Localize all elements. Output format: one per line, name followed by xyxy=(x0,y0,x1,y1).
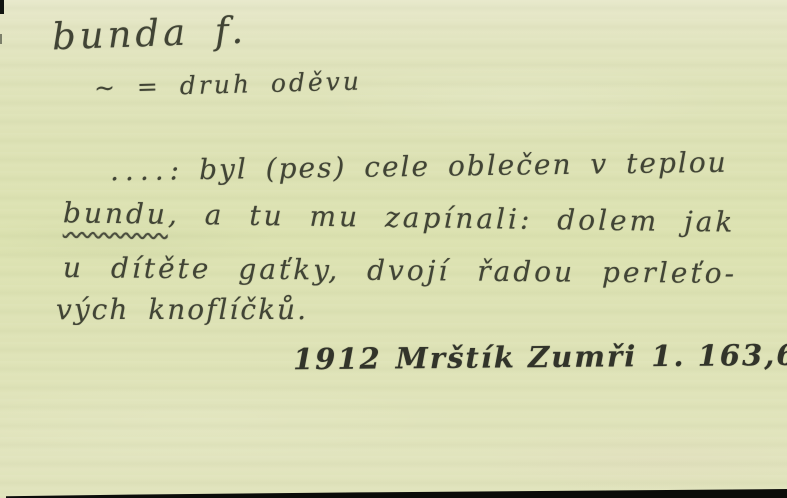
excerpt-line-3: u dítěte gaťky, dvojí řadou perleťo- xyxy=(63,251,737,290)
excerpt-line-4-text: vých knoflíčků. xyxy=(56,293,308,326)
excerpt-line-2: bundu, a tu mu zapínali: dolem jak xyxy=(63,196,736,238)
citation-line: 1912Mrštík Zumři1. 163,6. xyxy=(293,338,787,377)
excerpt-ellipsis-prefix: ....: xyxy=(110,153,186,187)
excerpt-line-3-text: u dítěte gaťky, dvojí řadou perleťo- xyxy=(63,251,737,290)
scan-artifact-top-left-corner xyxy=(0,0,4,14)
headword-text: bunda f. xyxy=(51,9,247,59)
citation-reference: 1. 163,6. xyxy=(651,338,787,373)
headword-line: bunda f. xyxy=(51,9,247,59)
scan-artifact-left-edge xyxy=(0,34,2,44)
underlined-headword: bundu xyxy=(63,196,168,230)
excerpt-line-1: ....:byl (pes) cele oblečen v teplou xyxy=(110,146,728,188)
scanned-index-card: bunda f. ~ = druh oděvu ....:byl (pes) c… xyxy=(0,0,787,498)
excerpt-line-2-text: , a tu mu zapínali: dolem jak xyxy=(168,198,736,239)
citation-source: Mrštík Zumři xyxy=(396,339,638,375)
citation-year: 1912 xyxy=(293,341,382,376)
gloss-text: ~ = druh oděvu xyxy=(94,66,363,102)
scan-artifact-bottom-edge xyxy=(6,489,787,498)
excerpt-line-4: vých knoflíčků. xyxy=(56,293,308,326)
gloss-line: ~ = druh oděvu xyxy=(94,66,363,102)
excerpt-line-1-text: byl (pes) cele oblečen v teplou xyxy=(199,146,728,186)
